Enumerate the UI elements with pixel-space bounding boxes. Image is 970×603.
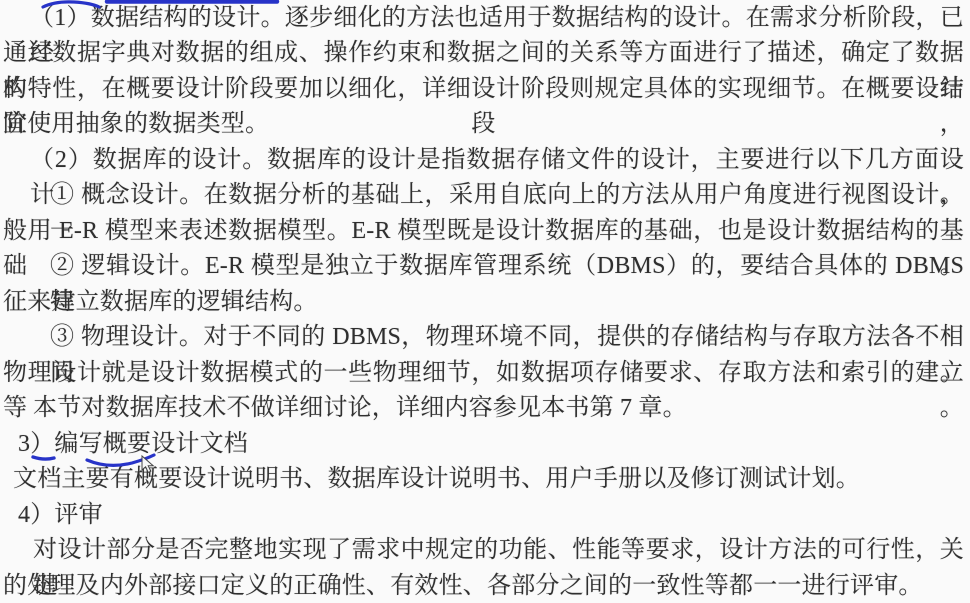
text-line: 文档主要有概要设计说明书、数据库设计说明书、用户手册以及修订测试计划。 <box>0 462 970 497</box>
text-line: 的处理及内外部接口定义的正确性、有效性、各部分之间的一致性等都一一进行评审。 <box>0 569 970 603</box>
text-line: （1）数据结构的设计。逐步细化的方法也适用于数据结构的设计。在需求分析阶段，已经 <box>0 1 970 36</box>
text-line: 对设计部分是否完整地实现了需求中规定的功能、性能等要求，设计方法的可行性，关键 <box>0 533 970 568</box>
text-line: 构特性，在概要设计阶段要加以细化，详细设计阶段则规定具体的实现细节。在概要设计阶… <box>0 72 970 107</box>
text-line: 物理设计就是设计数据模式的一些物理细节，如数据项存储要求、存取方法和索引的建立等… <box>0 356 970 391</box>
text-line: （2）数据库的设计。数据库的设计是指数据存储文件的设计，主要进行以下几方面设计。 <box>0 143 970 178</box>
text-line: 4）评审 <box>0 498 970 533</box>
text-line: ② 逻辑设计。E-R 模型是独立于数据库管理系统（DBMS）的，要结合具体的 D… <box>0 249 970 284</box>
text-line: 征来建立数据库的逻辑结构。 <box>0 285 970 320</box>
text-line: ③ 物理设计。对于不同的 DBMS，物理环境不同，提供的存储结构与存取方法各不相… <box>0 320 970 355</box>
text-line: 通过数据字典对数据的组成、操作约束和数据之间的关系等方面进行了描述，确定了数据的… <box>0 36 970 71</box>
document-page: （1）数据结构的设计。逐步细化的方法也适用于数据结构的设计。在需求分析阶段，已经… <box>0 0 970 603</box>
text-line: 般用 E-R 模型来表述数据模型。E-R 模型既是设计数据库的基础，也是设计数据… <box>0 214 970 249</box>
text-content: （1）数据结构的设计。逐步细化的方法也适用于数据结构的设计。在需求分析阶段，已经… <box>0 1 970 603</box>
text-line: 3）编写概要设计文档 <box>0 427 970 462</box>
text-line: ① 概念设计。在数据分析的基础上，采用自底向上的方法从用户角度进行视图设计，一 <box>0 178 970 213</box>
